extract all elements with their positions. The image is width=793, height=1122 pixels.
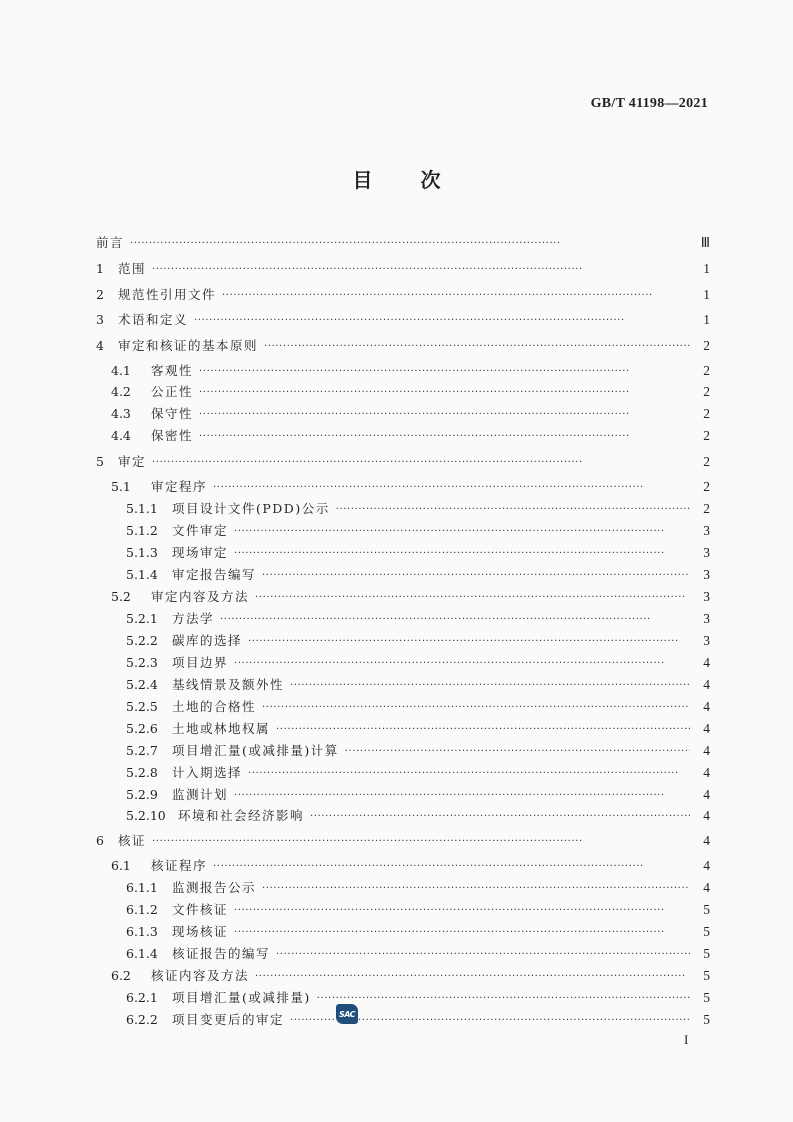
toc-entry-title: 核证: [118, 831, 146, 851]
toc-leader-dots: ········································…: [234, 655, 690, 673]
toc-leader-dots: ········································…: [234, 924, 690, 942]
toc-entry-page: Ⅲ: [696, 233, 710, 253]
toc-entry-number: 2: [96, 285, 118, 305]
toc-entry-number: 5.1.3: [126, 543, 172, 563]
toc-entry-number: 5.2.5: [126, 697, 172, 717]
toc-leader-dots: ········································…: [317, 990, 690, 1008]
toc-leader-dots: ········································…: [222, 287, 690, 305]
toc-entry-number: 6.2.1: [126, 988, 172, 1008]
toc-entry-page: 4: [696, 763, 710, 783]
toc-leader-dots: ········································…: [194, 312, 690, 330]
toc-entry-number: 5.2.9: [126, 785, 172, 805]
toc-entry[interactable]: 5.2.9监测计划·······························…: [126, 785, 710, 805]
toc-entry-page: 4: [696, 856, 710, 876]
toc-entry[interactable]: 5.2.7项目增汇量(或减排量)计算······················…: [126, 741, 710, 761]
toc-entry-title: 规范性引用文件: [118, 285, 216, 305]
toc-leader-dots: ········································…: [248, 765, 690, 783]
toc-entry-page: 4: [696, 741, 710, 761]
toc-entry-number: 4.2: [111, 382, 151, 402]
toc-entry-page: 2: [696, 361, 710, 381]
toc-entry[interactable]: 5.1.4审定报告编写·····························…: [126, 565, 710, 585]
toc-entry-title: 项目变更后的审定: [172, 1010, 284, 1030]
toc-entry-title: 术语和定义: [118, 310, 188, 330]
toc-entry-number: 5.1.4: [126, 565, 172, 585]
title-part-1: 目: [353, 164, 373, 193]
toc-entry[interactable]: 4.1客观性··································…: [111, 361, 710, 381]
toc-leader-dots: ········································…: [199, 406, 690, 424]
toc-entry-page: 4: [696, 653, 710, 673]
toc-entry[interactable]: 6.1.3现场核证·······························…: [126, 922, 710, 942]
toc-leader-dots: ········································…: [234, 545, 690, 563]
toc-entry[interactable]: 4.4保密性··································…: [111, 426, 710, 446]
toc-leader-dots: ········································…: [234, 787, 690, 805]
toc-entry-title: 审定程序: [151, 477, 207, 497]
toc-entry-page: 5: [696, 900, 710, 920]
toc-entry-number: 5.1: [111, 477, 151, 497]
toc-entry-page: 1: [696, 259, 710, 279]
toc-entry-page: 3: [696, 521, 710, 541]
toc-leader-dots: ········································…: [213, 479, 690, 497]
toc-entry-page: 5: [696, 922, 710, 942]
toc-entry-title: 核证内容及方法: [151, 966, 249, 986]
toc-entry-title: 监测计划: [172, 785, 228, 805]
toc-leader-dots: ········································…: [248, 633, 690, 651]
toc-entry-title: 范围: [118, 259, 146, 279]
toc-entry-title: 基线情景及额外性: [172, 675, 284, 695]
toc-entry-number: 6.1.2: [126, 900, 172, 920]
toc-entry-page: 5: [696, 988, 710, 1008]
toc-entry-number: 6.1.3: [126, 922, 172, 942]
toc-entry-page: 5: [696, 966, 710, 986]
toc-entry-title: 文件审定: [172, 521, 228, 541]
toc-entry-page: 3: [696, 543, 710, 563]
toc-leader-dots: ········································…: [234, 902, 690, 920]
toc-entry-number: 6.1.1: [126, 878, 172, 898]
toc-leader-dots: ········································…: [264, 338, 690, 356]
toc-entry-title: 审定内容及方法: [151, 587, 249, 607]
toc-entry-page: 2: [696, 404, 710, 424]
toc-entry-page: 2: [696, 477, 710, 497]
toc-entry-number: 4.3: [111, 404, 151, 424]
toc-entry-title: 项目边界: [172, 653, 228, 673]
toc-entry-title: 现场审定: [172, 543, 228, 563]
toc-leader-dots: ········································…: [276, 946, 690, 964]
toc-entry[interactable]: 6.1.4核证报告的编写····························…: [126, 944, 710, 964]
toc-entry-page: 4: [696, 697, 710, 717]
toc-entry-page: 2: [696, 336, 710, 356]
toc-entry[interactable]: 6.2核证内容及方法······························…: [111, 966, 710, 986]
toc-entry-page: 4: [696, 806, 710, 826]
toc-entry[interactable]: 5.2.1方法学································…: [126, 609, 710, 629]
toc-entry-page: 4: [696, 878, 710, 898]
standard-code: GB/T 41198—2021: [591, 95, 708, 112]
toc-entry[interactable]: 4.3保守性··································…: [111, 404, 710, 424]
page-title: 目次: [0, 164, 793, 193]
footer-page-number: I: [684, 1032, 688, 1048]
toc-entry-number: 4.1: [111, 361, 151, 381]
toc-leader-dots: ········································…: [199, 428, 690, 446]
toc-entry-number: 5.1.1: [126, 499, 172, 519]
toc-entry-title: 核证程序: [151, 856, 207, 876]
toc-entry[interactable]: 5.2.10环境和社会经济影响·························…: [126, 806, 710, 826]
toc-entry-title: 土地或林地权属: [172, 719, 270, 739]
toc-leader-dots: ········································…: [213, 858, 690, 876]
toc-entry[interactable]: 5.1.2文件审定·······························…: [126, 521, 710, 541]
toc-entry-title: 客观性: [151, 361, 193, 381]
toc-entry-number: 5.2.2: [126, 631, 172, 651]
toc-leader-dots: ········································…: [130, 235, 690, 253]
toc-leader-dots: ········································…: [345, 743, 690, 761]
toc-entry-page: 2: [696, 499, 710, 519]
toc-entry[interactable]: 6.2.1项目增汇量(或减排量)························…: [126, 988, 710, 1008]
title-part-2: 次: [421, 164, 441, 193]
toc-entry-page: 3: [696, 565, 710, 585]
toc-entry-number: 6.2: [111, 966, 151, 986]
toc-entry[interactable]: 5.1.3现场审定·······························…: [126, 543, 710, 563]
toc-entry-number: 5.2.8: [126, 763, 172, 783]
toc-leader-dots: ········································…: [262, 880, 690, 898]
toc-entry-number: 6.2.2: [126, 1010, 172, 1030]
toc-entry-title: 碳库的选择: [172, 631, 242, 651]
toc-entry-number: 5.2.7: [126, 741, 172, 761]
toc-leader-dots: ········································…: [262, 699, 690, 717]
toc-entry-page: 4: [696, 675, 710, 695]
toc-leader-dots: ········································…: [152, 454, 690, 472]
toc-leader-dots: ········································…: [336, 501, 690, 519]
toc-entry-title: 保密性: [151, 426, 193, 446]
toc-leader-dots: ········································…: [262, 567, 690, 585]
toc-entry-page: 2: [696, 452, 710, 472]
toc-entry[interactable]: 5.2.6土地或林地权属····························…: [126, 719, 710, 739]
toc-entry[interactable]: 4审定和核证的基本原则·····························…: [96, 336, 710, 356]
toc-leader-dots: ········································…: [310, 808, 690, 826]
toc-entry-title: 监测报告公示: [172, 878, 256, 898]
toc-entry-number: 5.2.4: [126, 675, 172, 695]
toc-leader-dots: ········································…: [255, 589, 690, 607]
toc-leader-dots: ········································…: [255, 968, 690, 986]
toc-entry-title: 项目增汇量(或减排量)计算: [172, 741, 339, 761]
toc-entry[interactable]: 前言······································…: [96, 233, 710, 253]
toc-leader-dots: ········································…: [276, 721, 690, 739]
toc-entry-number: 5.2.10: [126, 806, 178, 826]
toc-entry-number: 5.2.6: [126, 719, 172, 739]
toc-entry[interactable]: 6.1.1监测报告公示·····························…: [126, 878, 710, 898]
toc-entry-title: 计入期选择: [172, 763, 242, 783]
toc-entry-title: 现场核证: [172, 922, 228, 942]
toc-entry[interactable]: 5.2.8计入期选择······························…: [126, 763, 710, 783]
toc-entry[interactable]: 6核证·····································…: [96, 831, 710, 851]
toc-entry-title: 项目设计文件(PDD)公示: [172, 499, 330, 519]
toc-entry-number: 4: [96, 336, 118, 356]
toc-entry[interactable]: 5.2审定内容及方法······························…: [111, 587, 710, 607]
toc-entry-number: 6.1: [111, 856, 151, 876]
toc-entry[interactable]: 2规范性引用文件································…: [96, 285, 710, 305]
toc-entry-number: 5.2: [111, 587, 151, 607]
toc-entry-number: 1: [96, 259, 118, 279]
toc-entry[interactable]: 5.1.1项目设计文件(PDD)公示······················…: [126, 499, 710, 519]
toc-entry-title: 前言: [96, 233, 124, 253]
toc-entry[interactable]: 1范围·····································…: [96, 259, 710, 279]
toc-entry-title: 方法学: [172, 609, 214, 629]
toc-entry-number: 3: [96, 310, 118, 330]
toc-entry[interactable]: 3术语和定义··································…: [96, 310, 710, 330]
toc-leader-dots: ········································…: [220, 611, 690, 629]
toc-leader-dots: ········································…: [199, 384, 690, 402]
toc-entry-page: 3: [696, 609, 710, 629]
toc-entry-page: 4: [696, 831, 710, 851]
toc-entry[interactable]: 6.1核证程序·································…: [111, 856, 710, 876]
toc-entry-number: 4.4: [111, 426, 151, 446]
toc-entry-page: 1: [696, 310, 710, 330]
toc-entry[interactable]: 5.2.3项目边界·······························…: [126, 653, 710, 673]
toc-entry-title: 审定和核证的基本原则: [118, 336, 258, 356]
sac-watermark-logo: SAC: [336, 1004, 358, 1024]
toc-entry[interactable]: 5.2.5土地的合格性·····························…: [126, 697, 710, 717]
toc-entry[interactable]: 5.2.2碳库的选择······························…: [126, 631, 710, 651]
toc-entry-title: 保守性: [151, 404, 193, 424]
toc-entry[interactable]: 4.2公正性··································…: [111, 382, 710, 402]
toc-entry-title: 文件核证: [172, 900, 228, 920]
toc-entry-page: 3: [696, 631, 710, 651]
toc-entry-number: 6: [96, 831, 118, 851]
toc-entry-number: 5.2.3: [126, 653, 172, 673]
toc-entry-page: 3: [696, 587, 710, 607]
toc-entry-title: 环境和社会经济影响: [178, 806, 304, 826]
toc-entry-page: 5: [696, 944, 710, 964]
toc-leader-dots: ········································…: [290, 677, 690, 695]
toc-entry-title: 公正性: [151, 382, 193, 402]
toc-entry-page: 4: [696, 785, 710, 805]
toc-entry-number: 5.2.1: [126, 609, 172, 629]
toc-entry[interactable]: 6.1.2文件核证·······························…: [126, 900, 710, 920]
toc-leader-dots: ········································…: [152, 833, 690, 851]
toc-entry-title: 核证报告的编写: [172, 944, 270, 964]
toc-entry-page: 2: [696, 426, 710, 446]
toc-entry-number: 6.1.4: [126, 944, 172, 964]
toc-leader-dots: ········································…: [234, 523, 690, 541]
toc-leader-dots: ········································…: [152, 261, 690, 279]
toc-entry[interactable]: 6.2.2项目变更后的审定···························…: [126, 1010, 710, 1030]
toc-entry-title: 项目增汇量(或减排量): [172, 988, 311, 1008]
toc-entry-title: 审定: [118, 452, 146, 472]
toc-entry-page: 2: [696, 382, 710, 402]
toc-entry-title: 审定报告编写: [172, 565, 256, 585]
toc-entry-title: 土地的合格性: [172, 697, 256, 717]
toc-entry-page: 5: [696, 1010, 710, 1030]
toc-entry-number: 5: [96, 452, 118, 472]
toc-entry[interactable]: 5.2.4基线情景及额外性···························…: [126, 675, 710, 695]
toc-entry[interactable]: 5.1审定程序·································…: [111, 477, 710, 497]
toc-entry-page: 1: [696, 285, 710, 305]
toc-entry-page: 4: [696, 719, 710, 739]
toc-leader-dots: ········································…: [199, 363, 690, 381]
toc-entry[interactable]: 5审定·····································…: [96, 452, 710, 472]
toc-entry-number: 5.1.2: [126, 521, 172, 541]
